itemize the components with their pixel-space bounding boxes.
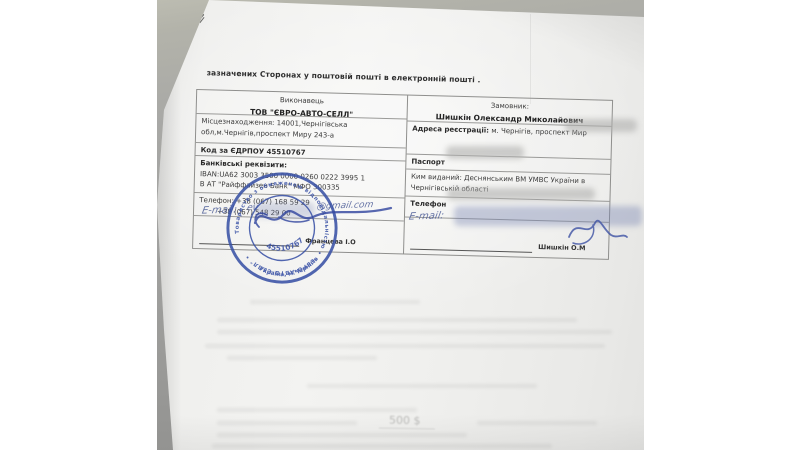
customer-signature bbox=[561, 213, 633, 249]
customer-address-redaction bbox=[565, 119, 637, 132]
photo-of-contract-page: зазначених Сторонах у поштовій пошті в е… bbox=[0, 0, 800, 450]
ghost-text-line bbox=[217, 330, 612, 334]
passport-label: Паспорт bbox=[411, 158, 445, 167]
ghost-text-line bbox=[250, 300, 420, 304]
printed-content: зазначених Сторонах у поштовій пошті в е… bbox=[197, 60, 627, 71]
ghost-text-line bbox=[205, 344, 605, 348]
customer-passport-redaction bbox=[446, 146, 524, 159]
contract-paper-sheet: зазначених Сторонах у поштовій пошті в е… bbox=[157, 0, 644, 450]
ghost-text-line bbox=[217, 408, 417, 412]
ghost-text-line bbox=[217, 433, 467, 437]
clause-text: зазначених Сторонах у поштовій пошті в е… bbox=[207, 68, 481, 84]
ghost-text-line bbox=[212, 444, 552, 448]
ghost-text-line bbox=[217, 318, 577, 322]
ghost-amount-text: 500 $ bbox=[379, 414, 435, 430]
customer-signature-line bbox=[410, 248, 532, 253]
contractor-signature bbox=[249, 193, 401, 239]
document-photo: зазначених Сторонах у поштовій пошті в е… bbox=[157, 0, 644, 450]
customer-phone-redaction bbox=[447, 188, 595, 200]
ghost-text-line bbox=[477, 421, 597, 425]
ghost-text-line bbox=[307, 384, 537, 388]
customer-phone-label: Телефон bbox=[410, 200, 446, 209]
ghost-text-line bbox=[227, 356, 377, 360]
ghost-text-line bbox=[217, 421, 357, 425]
paper-crease bbox=[530, 14, 531, 104]
right-margin bbox=[644, 0, 800, 450]
left-margin bbox=[0, 0, 157, 450]
customer-email-handwritten-label: E-mail: bbox=[408, 210, 445, 222]
customer-address-label: Адреса реєстрації: bbox=[412, 125, 489, 135]
